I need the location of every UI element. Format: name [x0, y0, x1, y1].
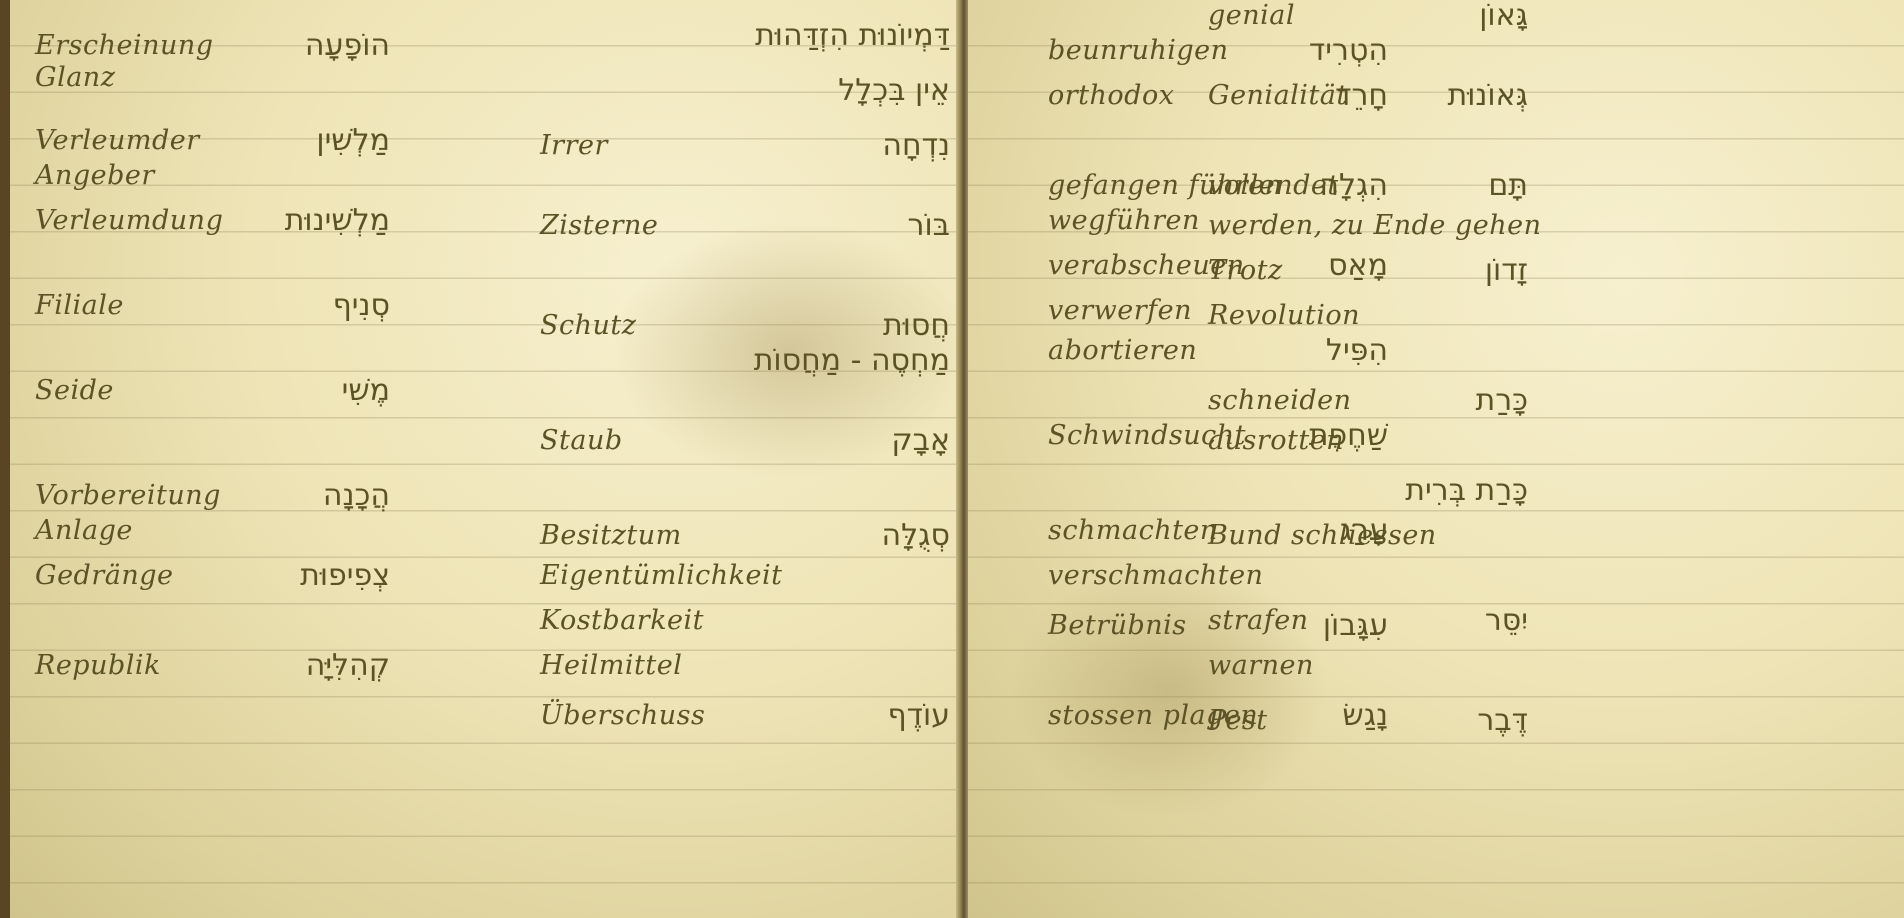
hebrew-word: נָגַשׂ	[1342, 698, 1388, 733]
german-word: Zisterne	[540, 210, 658, 241]
hebrew-word: כָּרַת בְּרִית	[1405, 473, 1528, 508]
german-word: Vorbereitung	[35, 480, 221, 511]
hebrew-word: עִגָּבוֹן	[1323, 608, 1388, 643]
hebrew-word: הִפִּיל	[1326, 333, 1388, 368]
german-word: Verleumdung	[35, 205, 223, 236]
german-word: genial	[1208, 0, 1295, 31]
german-word: Genialität	[1208, 80, 1348, 111]
german-word: ausrotten	[1208, 425, 1344, 456]
hebrew-word: כָּרַת	[1475, 383, 1528, 418]
hebrew-word: קְהִלִּיָּה	[306, 648, 390, 683]
german-word: Erscheinung	[35, 30, 214, 61]
german-word: Pest	[1208, 705, 1268, 736]
hebrew-word: יִסֵּר	[1485, 603, 1528, 638]
german-word: Seide	[35, 375, 114, 406]
german-word: verschmachten	[1048, 560, 1263, 591]
german-word: strafen	[1208, 605, 1309, 636]
hebrew-word: הוֹפָעָה	[305, 28, 390, 63]
hebrew-word: מָאַס	[1328, 248, 1388, 283]
german-word: warnen	[1208, 650, 1314, 681]
german-word: Gedränge	[35, 560, 174, 591]
german-word: wegführen	[1048, 205, 1200, 236]
hebrew-word: צְפִיפוּת	[300, 558, 390, 593]
german-word: verwerfen	[1048, 295, 1192, 326]
german-word: Republik	[35, 650, 161, 681]
german-word: Betrübnis	[1048, 610, 1187, 641]
german-word: Anlage	[35, 515, 133, 546]
german-word: Glanz	[35, 62, 115, 93]
hebrew-word: עוֹדֶף	[887, 698, 950, 733]
hebrew-word: דַּמְיוֹנוּת הִזְדַּהוּת	[755, 18, 950, 53]
german-word: Schutz	[540, 310, 636, 341]
hebrew-word: חֲסוּת	[883, 308, 950, 343]
hebrew-word: אֵין בִּכְלָל	[838, 73, 950, 108]
german-word: Angeber	[35, 160, 155, 191]
german-word: Kostbarkeit	[540, 605, 704, 636]
german-word: Heilmittel	[540, 650, 682, 681]
hebrew-word: גְּאוֹנוּת	[1448, 78, 1529, 113]
german-word: Irrer	[540, 130, 608, 161]
hebrew-word: הִטְרִיד	[1309, 33, 1388, 68]
german-word: schneiden	[1208, 385, 1352, 416]
hebrew-word: מֶשִׁי	[342, 373, 390, 408]
german-word: Revolution	[1208, 300, 1360, 331]
right-page: beunruhigenהִטְרִידorthodoxחָרֵדgefangen…	[968, 0, 1904, 918]
german-word: Überschuss	[540, 700, 705, 731]
left-page: ErscheinungהוֹפָעָהGlanzVerleumderמַלְשִ…	[0, 0, 960, 918]
german-word: Eigentümlichkeit	[540, 560, 782, 591]
hebrew-word: נִדְחָה	[882, 128, 950, 163]
hebrew-word: תָּם	[1488, 168, 1528, 203]
hebrew-word: הֲכָנָה	[323, 478, 390, 513]
german-word: schmachten	[1048, 515, 1218, 546]
paper-shadow	[1008, 560, 1328, 820]
hebrew-word: גָּאוֹן	[1479, 0, 1528, 33]
german-word: Besitztum	[540, 520, 682, 551]
hebrew-word: מַלְשִׁין	[316, 123, 390, 158]
german-word: beunruhigen	[1048, 35, 1229, 66]
german-word: werden, zu Ende gehen	[1208, 210, 1541, 241]
german-word: Filiale	[35, 290, 124, 321]
german-word: Verleumder	[35, 125, 200, 156]
hebrew-word: מַלְשִׁינוּת	[285, 203, 390, 238]
german-word: vollendet	[1208, 170, 1339, 201]
hebrew-word: זָדוֹן	[1485, 253, 1528, 288]
hebrew-word: בּוֹר	[908, 208, 950, 243]
german-word: Trotz	[1208, 255, 1283, 286]
german-word: orthodox	[1048, 80, 1174, 111]
hebrew-word: סְנִיף	[333, 288, 390, 323]
german-word: Staub	[540, 425, 623, 456]
notebook-spread: ErscheinungהוֹפָעָהGlanzVerleumderמַלְשִ…	[0, 0, 1904, 918]
hebrew-word: דֶּבֶר	[1477, 703, 1528, 738]
hebrew-word: מַחְסֶה - מַחֲסוֹת	[754, 343, 950, 378]
hebrew-word: סְגֻלָּה	[882, 518, 950, 553]
german-word: abortieren	[1048, 335, 1197, 366]
hebrew-word: אָבָק	[891, 423, 950, 458]
german-word: Bund schliessen	[1208, 520, 1437, 551]
